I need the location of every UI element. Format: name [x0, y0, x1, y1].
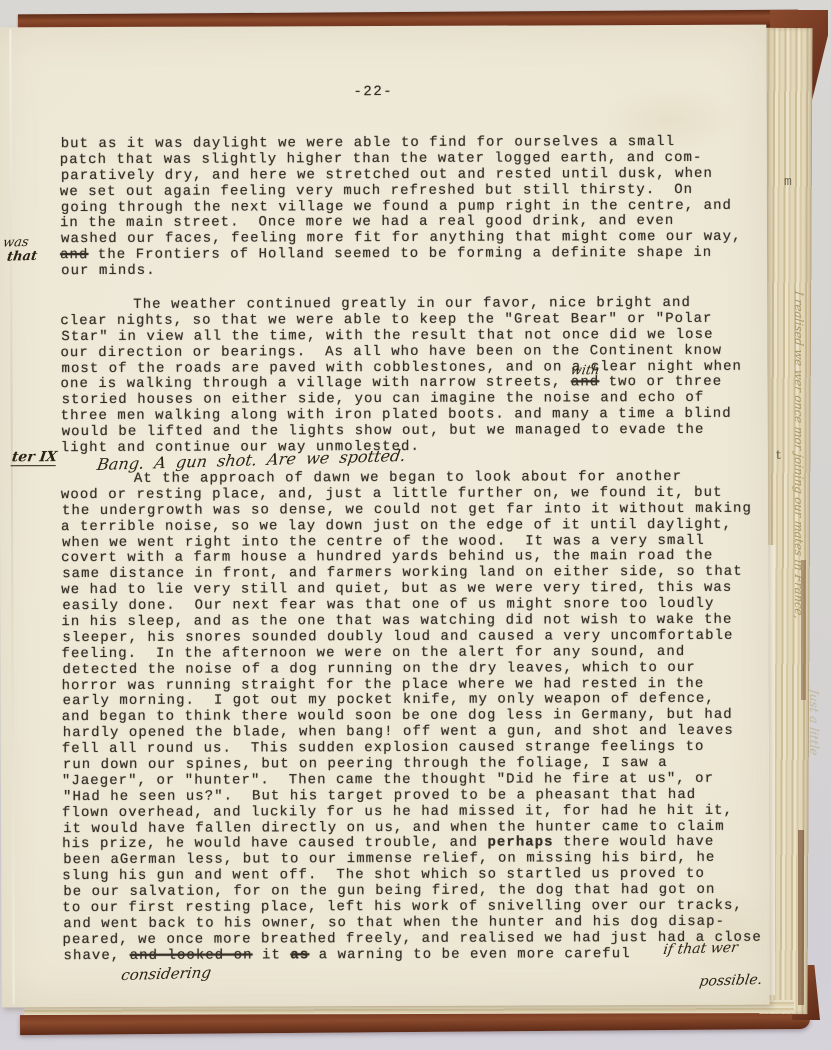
page-number: -22-: [353, 84, 393, 100]
typed-line: his prize, he would have caused trouble,…: [62, 835, 768, 853]
fore-edge-stray-letter: m: [784, 174, 792, 189]
typed-line: peared, we once more breathed freely, an…: [62, 930, 768, 948]
handwritten-word-above: with: [569, 364, 601, 380]
typed-line: we had to lie very still and quiet, but …: [61, 581, 767, 599]
typed-line: our direction or bearings. As all who ha…: [60, 343, 766, 361]
typed-line: in his sleep, and as the one that was wa…: [61, 613, 767, 631]
typed-paragraph: At the approach of dawn we began to look…: [62, 470, 770, 965]
typed-line: and began to think there would soon be o…: [62, 708, 768, 726]
typed-line: we set out again feeling very much refre…: [60, 182, 766, 200]
typed-line: fell all round us. This sudden explosion…: [62, 740, 768, 758]
typed-line: a terrible noise, so we lay down just on…: [61, 517, 767, 535]
typed-paragraph: but as it was daylight we were able to f…: [61, 135, 767, 280]
ink-bleed-mark: t: [776, 448, 781, 462]
margin-note-right-vertical-faint: Just a little: [807, 688, 821, 757]
typed-line: patch that was slightly higher than the …: [60, 151, 766, 169]
typed-line: wood or resting place, and, just a littl…: [61, 486, 767, 504]
typed-page: -22- but as it was daylight we were able…: [0, 25, 770, 1008]
typed-line: flown overhead, and luckily for us he ha…: [62, 803, 768, 821]
typed-line: horror was running straight for the plac…: [62, 676, 768, 694]
typed-line: covert with a farm house a hundred yards…: [61, 549, 767, 567]
typed-line: to our first resting place, left his wor…: [62, 899, 768, 917]
typed-line: feeling. In the afternoon we were on the…: [61, 644, 767, 662]
typed-line: "Jaeger", or "hunter". Then came the tho…: [62, 772, 768, 790]
typed-line: three men walking along with iron plated…: [61, 407, 767, 425]
cover-streak: [798, 830, 804, 1005]
typed-paragraph: The weather continued greatly in our fav…: [61, 296, 768, 457]
typed-line: one is walking through a village with na…: [61, 375, 767, 393]
typed-line: slung his gun and went off. The shot whi…: [62, 867, 768, 885]
handwritten-correction-considering: considering: [120, 963, 212, 984]
handwritten-correction-possible: possible.: [698, 972, 763, 990]
typed-line: our minds.: [61, 262, 767, 280]
page-crease: [9, 29, 14, 1004]
typed-line: clear nights, so that we were able to ke…: [60, 312, 766, 330]
handwritten-chapter-mark: ter IX: [11, 449, 58, 466]
typed-line: in the main street. Once more we had a r…: [60, 214, 766, 232]
typed-line: and the Frontiers of Holland seemed to b…: [60, 246, 766, 264]
handwritten-margin-note-that: that: [6, 249, 38, 265]
margin-note-right-vertical: I realised we wer once mor joining our m…: [792, 290, 806, 620]
handwritten-correction-if-that-wer: if that wer: [662, 940, 739, 958]
